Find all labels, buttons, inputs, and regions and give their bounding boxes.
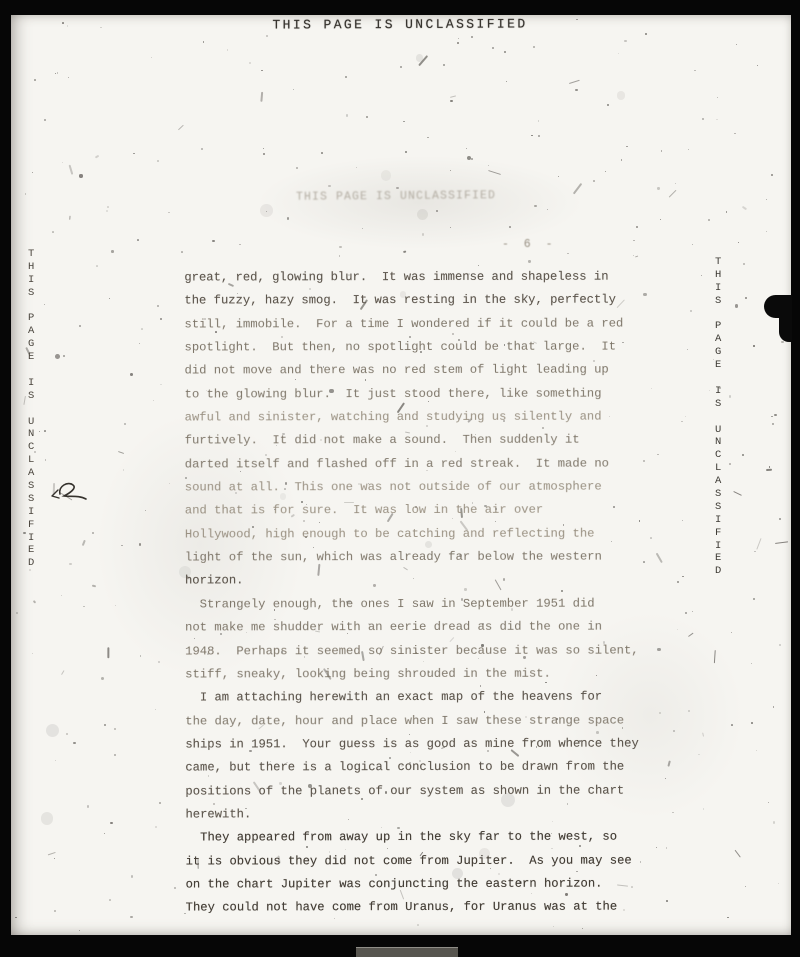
unclassified-stamp-ghost: THIS PAGE IS UNCLASSIFIED bbox=[296, 189, 496, 204]
typewritten-line: positions of the planets of our system a… bbox=[185, 779, 645, 803]
right-edge-ink-blob bbox=[779, 312, 792, 342]
unclassified-stamp-left-margin: THISPAGEISUNCLASSIFIED bbox=[28, 248, 34, 570]
typewritten-line: spotlight. But then, no spotlight could … bbox=[184, 336, 644, 360]
typewritten-line: sound at all. This one was not outside o… bbox=[185, 476, 645, 500]
typewritten-line: to the glowing blur. It just stood there… bbox=[185, 382, 645, 406]
typewritten-line: They appeared from away up in the sky fa… bbox=[185, 826, 645, 850]
typewritten-line: Strangely enough, the ones I saw in Sept… bbox=[185, 592, 645, 616]
scan-border-left bbox=[0, 0, 11, 957]
typewritten-line: light of the sun, which was already far … bbox=[185, 546, 645, 570]
typewritten-line: came, but there is a logical conclusion … bbox=[185, 756, 645, 780]
typewritten-line: awful and sinister, watching and studyin… bbox=[185, 406, 645, 430]
typewritten-line: still, immobile. For a time I wondered i… bbox=[184, 312, 644, 336]
typewritten-line: herewith. bbox=[185, 802, 645, 826]
typewritten-line: I am attaching herewith an exact map of … bbox=[185, 686, 645, 710]
typewritten-line: 1948. Perhaps it seemed so sinister beca… bbox=[185, 639, 645, 663]
typewritten-line: and that is for sure. It was low in the … bbox=[185, 499, 645, 523]
typewritten-line: the day, date, hour and place when I saw… bbox=[185, 709, 645, 733]
typewritten-line: furtively. It did not make a sound. Then… bbox=[185, 429, 645, 453]
typewritten-line: it is obvious they did not come from Jup… bbox=[186, 849, 646, 873]
typewritten-line: stiff, sneaky, looking being shrouded in… bbox=[185, 662, 645, 686]
scan-border-top bbox=[0, 0, 800, 15]
typewritten-line: the fuzzy, hazy smog. It was resting in … bbox=[184, 289, 644, 313]
handwritten-mark bbox=[46, 476, 94, 512]
typewritten-line: darted itself and flashed off in a red s… bbox=[185, 452, 645, 476]
typewritten-line: ships in 1951. Your guess is as good as … bbox=[185, 732, 645, 756]
scanned-document-page: THIS PAGE IS UNCLASSIFIED THIS PAGE IS U… bbox=[0, 0, 800, 957]
typewritten-line: did not move and there was no red stem o… bbox=[185, 359, 645, 383]
typewritten-line: Hollywood, high enough to be catching an… bbox=[185, 522, 645, 546]
bottom-scan-tab bbox=[356, 947, 458, 957]
typewritten-body-text: great, red, glowing blur. It was immense… bbox=[184, 266, 645, 921]
page-number: - 6 - bbox=[502, 238, 557, 251]
typewritten-line: great, red, glowing blur. It was immense… bbox=[184, 266, 644, 290]
scan-border-right bbox=[791, 0, 800, 957]
typewritten-line: on the chart Jupiter was conjuncting the… bbox=[186, 872, 646, 896]
unclassified-stamp-right-margin: THISPAGEISUNCLASSIFIED bbox=[715, 256, 721, 578]
typewritten-line: horizon. bbox=[185, 569, 645, 593]
typewritten-line: not make me shudder with an eerie dread … bbox=[185, 616, 645, 640]
typewritten-line: They could not have come from Uranus, fo… bbox=[186, 896, 646, 920]
